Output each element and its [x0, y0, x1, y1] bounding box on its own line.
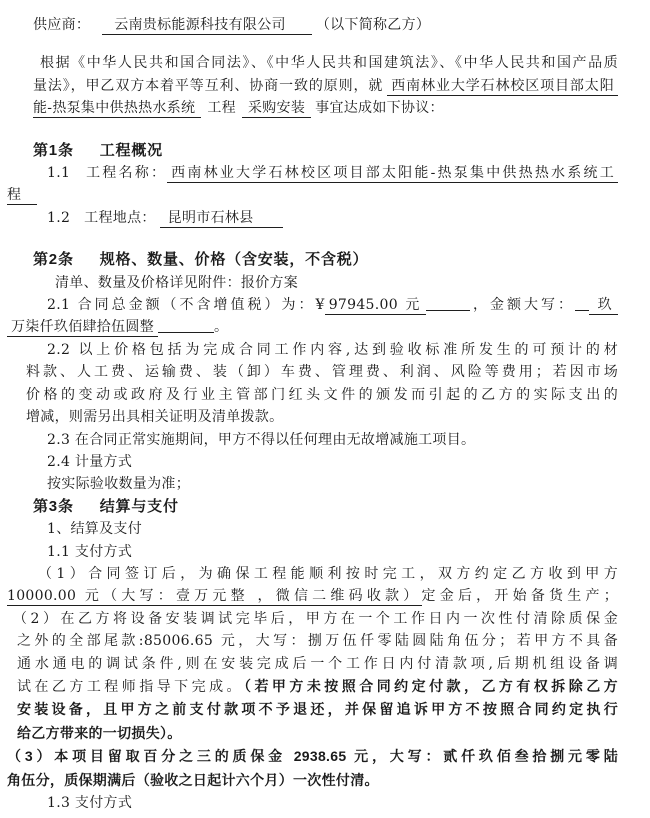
project-name-part-2: 能-热泵集中供热热水系统: [33, 100, 201, 118]
preamble-text-1: 根据《中华人民共和国合同法》、《中华人民共和国建筑法》、《中华人民共和国产品质: [40, 55, 618, 71]
project-name-value-line-2: 程: [7, 187, 37, 205]
penalty-clause-bold-3: 给乙方带来的一切损失）。: [17, 725, 182, 741]
preamble-line-1: 根据《中华人民共和国合同法》、《中华人民共和国建筑法》、《中华人民共和国产品质: [40, 52, 618, 74]
payment-para-2-line-4: 试在乙方工程师指导下完成。（若甲方未按照合同约定付款，乙方有权拆除乙方: [17, 675, 618, 698]
clause-2-1-line-1: 2.1 合同总金额（不含增值税）为：¥97945.00 元，金额大写：玖: [47, 294, 618, 316]
article-3-number: 第3条: [33, 498, 74, 515]
payment-para-2-text-4: 试在乙方工程师指导下完成。: [17, 679, 244, 695]
payment-para-1-line-2: 10000.00 元（大写：壹万元整 ，微信二维码收款）定金后，开始备货生产；: [7, 585, 618, 607]
article-1-number: 第1条: [33, 142, 74, 159]
payment-para-2-text-1: （2）在乙方将设备安装调试完毕后，甲方在一个工作日内一次性付清除质保金: [13, 611, 618, 627]
blank-underline: [158, 332, 214, 333]
blank-underline: [575, 310, 589, 311]
payment-para-2-line-5: 安装设备，且甲方之前支付款项不予退还，并保留追诉甲方不按照合同约定执行: [17, 698, 618, 721]
clause-2-3-text: 2.3 在合同正常实施期间，甲方不得以任何理由无故增减施工项目。: [47, 432, 475, 448]
blank-underline: [426, 310, 470, 311]
payment-para-2-line-6: 给乙方带来的一切损失）。: [17, 722, 618, 745]
payment-method-1-1-line: 1.1 支付方式: [47, 541, 618, 563]
preamble-line-2: 量法》，甲乙双方本着平等互利、协商一致的原则，就西南林业大学石林校区项目部太阳: [33, 75, 618, 97]
supplier-label: 供应商：: [33, 17, 90, 33]
clause-2-2-text-2: 料款、人工费、运输费、装（卸）车费、管理费、利润、风险等费用；若因市场: [26, 364, 618, 380]
clause-1-2-line: 1.2工程地点：昆明市石林县: [47, 207, 618, 229]
amount-words-label: ，金额大写：: [470, 297, 575, 313]
clause-2-2-line-3: 价格的变动或政府及行业主管部门红头文件的颁发而引起的乙方的实际支出的: [26, 384, 618, 406]
payment-para-1-text-2: 定金后，开始备货生产；: [422, 588, 619, 604]
payment-para-2-line-3: 通水通电的调试条件,则在安装完成后一个工作日内付清款项,后期机组设备调: [17, 653, 618, 675]
preamble-line-3: 能-热泵集中供热热水系统工程采购安装事宜达成如下协议：: [33, 97, 618, 119]
payment-para-2-line-1: （2）在乙方将设备安装调试完毕后，甲方在一个工作日内一次性付清除质保金: [13, 608, 618, 630]
procurement-type-value: 采购安装: [242, 100, 311, 118]
clause-2-3-line: 2.3 在合同正常实施期间，甲方不得以任何理由无故增减施工项目。: [47, 429, 618, 451]
payment-method-1-3-line: 1.3 支付方式: [47, 792, 618, 814]
amount-words-line-1: 玖: [589, 297, 618, 315]
settlement-item-line: 1、结算及支付: [47, 518, 618, 540]
payment-method-1-1-text: 1.1 支付方式: [47, 544, 132, 560]
project-location-label: 工程地点：: [84, 210, 156, 226]
project-location-value: 昆明市石林县: [160, 210, 284, 228]
clause-2-4-note-line: 按实际验收数量为准；: [47, 473, 618, 495]
clause-2-2-line-4: 增减，则需另出具相关证明及清单拨款。: [26, 406, 618, 428]
supplier-alias: （以下简称乙方）: [316, 17, 430, 33]
payment-para-1-text-1: （1）合同签订后，为确保工程能顺利按时完工，双方约定乙方收到甲方: [38, 566, 618, 582]
contract-page: 供应商：云南贵标能源科技有限公司（以下简称乙方） 根据《中华人民共和国合同法》、…: [0, 0, 650, 818]
payment-para-2-line-2: 之外的全部尾款:85006.65 元，大写：捌万伍仟零陆圆陆角伍分；若甲方不具备: [17, 630, 618, 652]
article-2-title: 规格、数量、价格（含安装，不含税）: [100, 251, 369, 268]
clause-2-1-line-2: 万柒仟玖佰肆拾伍圆整。: [7, 316, 618, 338]
payment-para-2-text-3: 通水通电的调试条件,则在安装完成后一个工作日内付清款项,后期机组设备调: [17, 656, 618, 672]
clause-1-2-number: 1.2: [47, 210, 70, 226]
project-name-part-1: 西南林业大学石林校区项目部太阳: [387, 78, 618, 96]
article-3-heading: 第3条结算与支付: [33, 496, 618, 518]
payment-para-1-line-1: （1）合同签订后，为确保工程能顺利按时完工，双方约定乙方收到甲方: [38, 563, 618, 585]
article-2-intro: 清单、数量及价格详见附件：报价方案: [55, 275, 298, 291]
clause-2-2-text-1: 2.2 以上价格包括为完成合同工作内容,达到验收标准所发生的可预计的材: [47, 342, 618, 358]
retention-clause-bold-2: 角伍分，质保期满后（验收之日起计六个月）一次性付清。: [7, 772, 379, 788]
clause-2-2-line-1: 2.2 以上价格包括为完成合同工作内容,达到验收标准所发生的可预计的材: [47, 339, 618, 361]
clause-2-4-text: 2.4 计量方式: [47, 454, 132, 470]
article-2-number: 第2条: [33, 251, 74, 268]
penalty-clause-bold-2: 安装设备，且甲方之前支付款项不予退还，并保留追诉甲方不按照合同约定执行: [17, 701, 618, 717]
clause-1-1-number: 1.1: [47, 165, 70, 181]
clause-2-4-note: 按实际验收数量为准；: [47, 476, 190, 492]
clause-2-1-text: 2.1 合同总金额（不含增值税）为：¥: [47, 297, 325, 313]
payment-para-2-text-2: 之外的全部尾款:85006.65 元，大写：捌万伍仟零陆圆陆角伍分；若甲方不具备: [17, 633, 618, 649]
clause-1-1-line-2: 程: [7, 184, 618, 206]
preamble-text-3b: 事宜达成如下协议：: [315, 100, 444, 116]
supplier-line: 供应商：云南贵标能源科技有限公司（以下简称乙方）: [33, 14, 618, 36]
clause-2-2-line-2: 料款、人工费、运输费、装（卸）车费、管理费、利润、风险等费用；若因市场: [26, 361, 618, 383]
clause-2-4-line: 2.4 计量方式: [47, 451, 618, 473]
article-1-title: 工程概况: [100, 142, 163, 159]
clause-2-2-text-4: 增减，则需另出具相关证明及清单拨款。: [26, 409, 283, 425]
clause-2-1-period: 。: [214, 319, 228, 335]
retention-clause-bold-1: （3）本项目留取百分之三的质保金 2938.65 元，大写：贰仟玖佰叁拾捌元零陆: [7, 748, 618, 764]
payment-para-3-line-2: 角伍分，质保期满后（验收之日起计六个月）一次性付清。: [7, 769, 618, 792]
amount-words-line-2: 万柒仟玖佰肆拾伍圆整: [7, 319, 158, 337]
settlement-item-text: 1、结算及支付: [47, 521, 142, 537]
contract-amount-value: 97945.00 元: [325, 297, 427, 315]
supplier-name-value: 云南贵标能源科技有限公司: [102, 17, 312, 35]
article-3-title: 结算与支付: [100, 498, 179, 515]
payment-para-3-line-1: （3）本项目留取百分之三的质保金 2938.65 元，大写：贰仟玖佰叁拾捌元零陆: [7, 745, 618, 768]
preamble-text-2: 量法》，甲乙双方本着平等互利、协商一致的原则，就: [33, 78, 383, 94]
article-1-heading: 第1条工程概况: [33, 140, 618, 162]
clause-1-1-line-1: 1.1工程名称：西南林业大学石林校区项目部太阳能-热泵集中供热热水系统工: [47, 162, 618, 184]
payment-method-1-3-text: 1.3 支付方式: [47, 795, 132, 811]
article-2-intro-line: 清单、数量及价格详见附件：报价方案: [55, 272, 618, 294]
project-name-label: 工程名称：: [84, 165, 167, 181]
preamble-text-3a: 工程: [207, 100, 236, 116]
penalty-clause-bold-1: （若甲方未按照合同约定付款，乙方有权拆除乙方: [244, 678, 618, 694]
project-name-value-line-1: 西南林业大学石林校区项目部太阳能-热泵集中供热热水系统工: [167, 165, 618, 183]
deposit-amount-value: 10000.00 元（大写：壹万元整 ，微信二维码收款）: [7, 588, 422, 606]
article-2-heading: 第2条规格、数量、价格（含安装，不含税）: [33, 249, 618, 271]
clause-2-2-text-3: 价格的变动或政府及行业主管部门红头文件的颁发而引起的乙方的实际支出的: [26, 387, 618, 403]
